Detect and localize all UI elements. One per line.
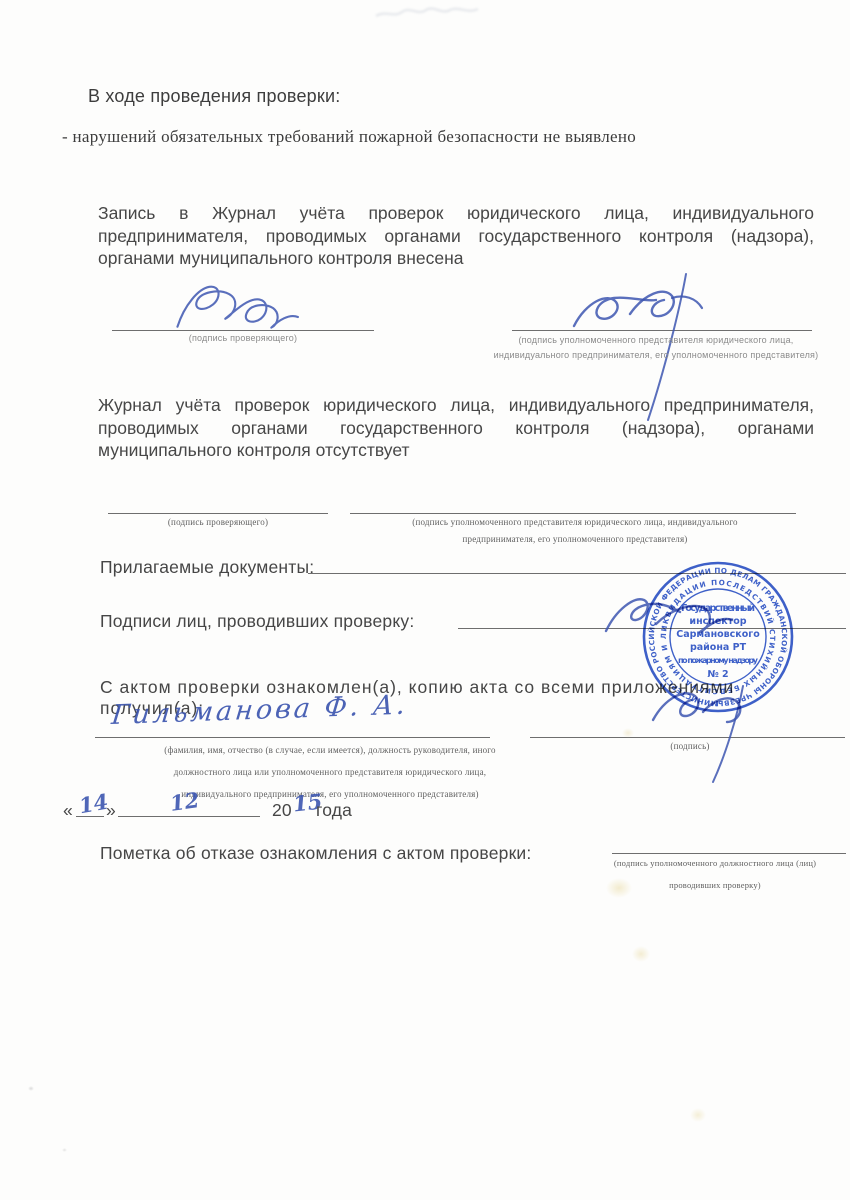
stamp-center-line-2: инспектор xyxy=(689,616,746,627)
empty-inspector-signature-caption: (подпись проверяющего) xyxy=(108,517,328,527)
date-century: 20 xyxy=(272,800,292,821)
stamp-center-line-5: по пожарному надзору xyxy=(678,655,759,665)
stamp-center-line-4: района РТ xyxy=(690,642,747,653)
paragraph-journal-entered: Запись в Журнал учёта проверок юридическ… xyxy=(98,202,814,270)
refusal-signature-caption-1: (подпись уполномоченного должностного ли… xyxy=(570,858,850,868)
inspector-signature xyxy=(168,278,318,340)
date-suffix: года xyxy=(316,800,352,821)
scan-speck xyxy=(62,1148,67,1152)
inspectors-signatures-label: Подписи лиц, проводивших проверку: xyxy=(100,611,414,632)
representative-signature-caption-2: индивидуального предпринимателя, его упо… xyxy=(470,350,842,360)
refusal-signature-caption-2: проводивших проверку) xyxy=(570,880,850,890)
empty-representative-signature-caption-1: (подпись уполномоченного представителя ю… xyxy=(340,517,810,527)
section-heading: В ходе проведения проверки: xyxy=(88,86,340,107)
refusal-signature-line xyxy=(612,836,846,854)
scan-smudge xyxy=(372,2,482,24)
empty-representative-signature-caption-2: предпринимателя, его уполномоченного пре… xyxy=(340,534,810,544)
inspector-signature-caption: (подпись проверяющего) xyxy=(112,333,374,343)
paragraph-line: Запись в Журнал учёта проверок юридическ… xyxy=(98,202,814,225)
name-caption-2: должностного лица или уполномоченного пр… xyxy=(90,767,570,777)
paragraph-line: предпринимателя, проводимых органами гос… xyxy=(98,225,814,248)
name-caption-1: (фамилия, имя, отчество (в случае, если … xyxy=(90,745,570,755)
attached-documents-label: Прилагаемые документы: xyxy=(100,557,314,578)
representative-signature-caption-1: (подпись уполномоченного представителя ю… xyxy=(470,335,842,345)
acknowledgement-signature-caption: (подпись) xyxy=(620,741,760,751)
emercom-round-stamp: МИНИСТЕРСТВО РОССИЙСКОЙ ФЕДЕРАЦИИ ПО ДЕЛ… xyxy=(630,549,806,730)
empty-representative-signature-line xyxy=(350,493,796,514)
date-close-quote: » xyxy=(106,800,116,821)
stamp-center-line-3: Сармановского xyxy=(676,629,760,640)
paragraph-line: муниципального контроля отсутствует xyxy=(98,439,814,462)
empty-inspector-signature-line xyxy=(108,493,328,514)
scan-speck xyxy=(28,1086,34,1091)
scanned-inspection-act-page: В ходе проведения проверки: - нарушений … xyxy=(0,0,850,1200)
name-line xyxy=(95,716,490,738)
date-open-quote: « xyxy=(63,800,73,821)
paragraph-line: проводимых органами государственного кон… xyxy=(98,417,814,440)
scan-stain xyxy=(690,1108,706,1122)
refusal-note-label: Пометка об отказе ознакомления с актом п… xyxy=(100,843,531,864)
stamp-center-line-1: Государственный xyxy=(681,603,755,614)
paragraph-line: Журнал учёта проверок юридического лица,… xyxy=(98,394,814,417)
paragraph-line: органами муниципального контроля внесена xyxy=(98,247,814,270)
stamp-center-line-6: № 2 xyxy=(707,669,728,680)
finding-text: - нарушений обязательных требований пожа… xyxy=(62,127,636,147)
paragraph-journal-absent: Журнал учёта проверок юридического лица,… xyxy=(98,394,814,462)
scan-stain xyxy=(632,946,650,962)
handwritten-month: 12 xyxy=(168,787,200,816)
